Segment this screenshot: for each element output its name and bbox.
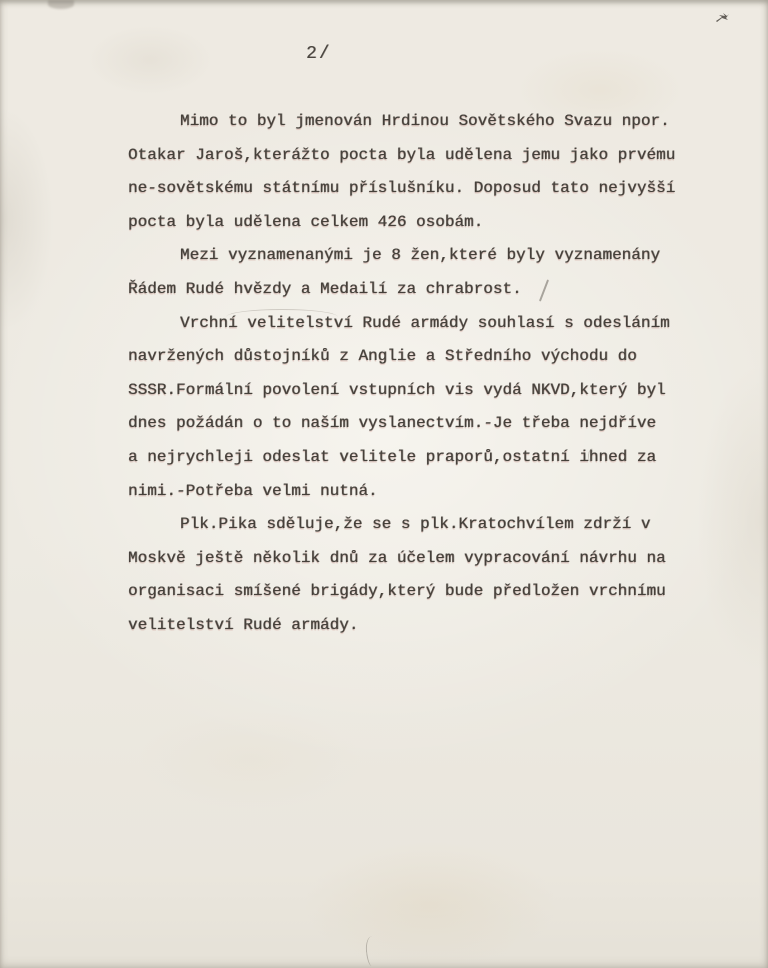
text-line: organisaci smíšené brigády,který bude př… [128, 575, 708, 609]
page-number: 2/ [306, 44, 332, 64]
text-line: navržených důstojníků z Anglie a Střední… [128, 340, 708, 374]
typed-text-block: Mimo to byl jmenován Hrdinou Sovětského … [128, 105, 708, 643]
torn-edge-notch [48, 0, 74, 9]
text-line: a nejrychleji odeslat velitele praporů,o… [128, 441, 708, 475]
text-line: dnes požádán o to naším vyslanectvím.-Je… [128, 407, 708, 441]
text-line: nimi.-Potřeba velmi nutná. [128, 475, 708, 509]
text-line: Moskvě ještě několik dnů za účelem vypra… [128, 542, 708, 576]
text-line: pocta byla udělena celkem 426 osobám. [128, 206, 708, 240]
ink-speck-mark [714, 12, 730, 24]
text-line: Mimo to byl jmenován Hrdinou Sovětského … [128, 105, 708, 139]
text-line: Vrchní velitelství Rudé armády souhlasí … [128, 307, 708, 341]
text-line: Plk.Pika sděluje,že se s plk.Kratochvíle… [128, 508, 708, 542]
text-line: ne-sovětskému státnímu příslušníku. Dopo… [128, 172, 708, 206]
text-line: Řádem Rudé hvězdy a Medailí za chrabrost… [128, 273, 708, 307]
document-page: 2/ Mimo to byl jmenován Hrdinou Sovětské… [0, 0, 768, 968]
text-line: Mezi vyznamenanými je 8 žen,které byly v… [128, 239, 708, 273]
text-line: velitelství Rudé armády. [128, 609, 708, 643]
bottom-pencil-mark [364, 935, 380, 966]
text-line: SSSR.Formální povolení vstupních vis vyd… [128, 374, 708, 408]
text-line: Otakar Jaroš,kterážto pocta byla udělena… [128, 139, 708, 173]
